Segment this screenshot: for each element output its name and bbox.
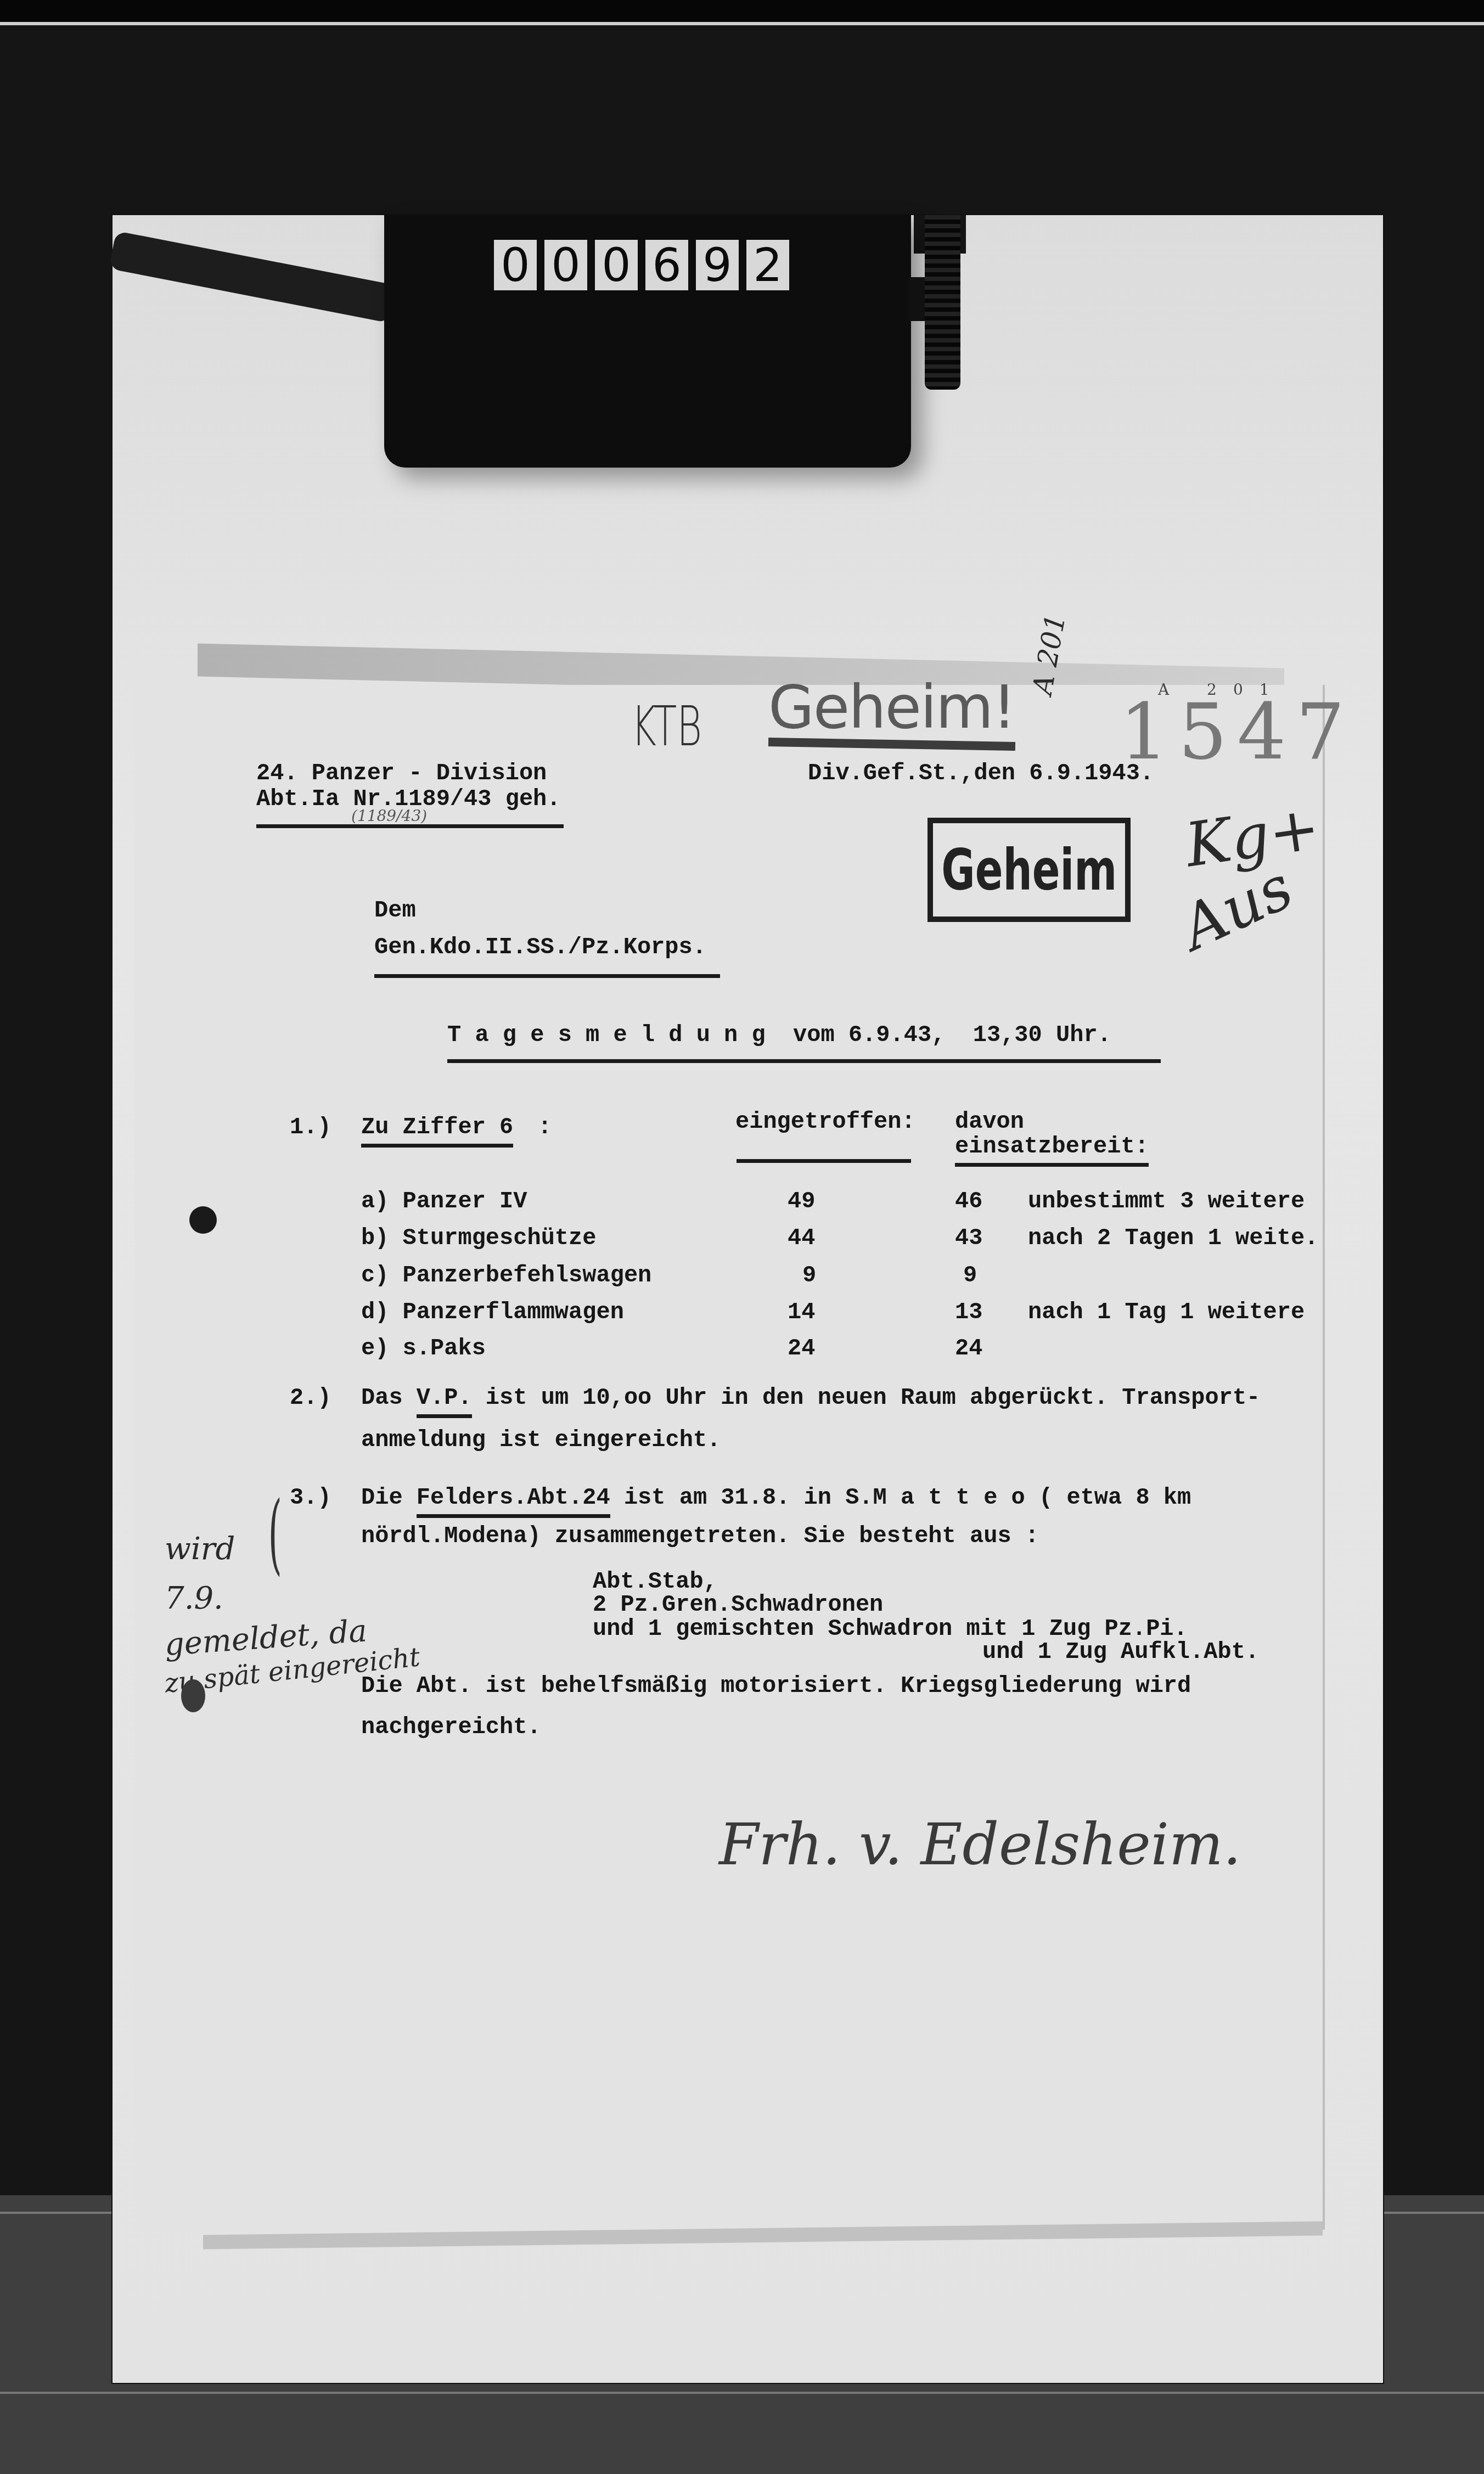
counter-digit: 9 (696, 240, 739, 290)
counter-digit: 0 (544, 240, 587, 290)
row-note: nach 1 Tag 1 weitere (1028, 1299, 1305, 1325)
section2-post: ist um 10,oo Uhr in den neuen Raum abger… (472, 1385, 1261, 1411)
margin-note-line: 7.9. (165, 1581, 223, 1616)
row-arrived: 14 (788, 1299, 815, 1325)
stamp-geheim-box: Geheim (927, 818, 1131, 922)
section1-colon: : (538, 1114, 552, 1140)
row-ready: 9 (963, 1262, 977, 1289)
col-arrived-underline (737, 1159, 911, 1163)
col-header-ready-2: einsatzbereit: (955, 1133, 1149, 1167)
section3-closing-2: nachgereicht. (361, 1714, 541, 1740)
handwritten-ref: (1189/43) (351, 807, 427, 825)
handwritten-ktb: KTB (631, 694, 702, 758)
addressee-underline (374, 974, 720, 978)
section3-post: ist am 31.8. in S.M a t t e o ( etwa 8 k… (610, 1485, 1191, 1511)
counter-digits: 0 0 0 6 9 2 (494, 240, 789, 290)
document-sheet (134, 685, 1325, 2230)
section2-underlined: V.P. (417, 1385, 472, 1418)
row-note: nach 2 Tagen 1 weite. (1028, 1225, 1318, 1251)
row-arrived: 9 (802, 1262, 816, 1289)
section1-label: Zu Ziffer 6 (361, 1114, 513, 1148)
counter-digit: 6 (645, 240, 688, 290)
section3-line2: nördl.Modena) zusammengetreten. Sie best… (361, 1523, 1039, 1549)
row-ready: 24 (955, 1335, 982, 1362)
row-item: c) Panzerbefehlswagen (361, 1262, 651, 1289)
composition-item: und 1 gemischten Schwadron mit 1 Zug Pz.… (593, 1616, 1188, 1642)
punch-hole (189, 1206, 217, 1234)
col-header-ready-1: davon (955, 1109, 1024, 1135)
margin-note-line: wird (165, 1531, 235, 1567)
section3-number: 3.) (290, 1485, 331, 1511)
row-item: b) Sturmgeschütze (361, 1225, 596, 1251)
section3-pre: Die (361, 1485, 417, 1511)
row-ready: 13 (955, 1299, 982, 1325)
row-arrived: 24 (788, 1335, 815, 1362)
report-title: T a g e s m e l d u n g vom 6.9.43, 13,3… (447, 1022, 1111, 1048)
section2-line1: Das V.P. ist um 10,oo Uhr in den neuen R… (361, 1385, 1260, 1411)
row-ready: 46 (955, 1188, 982, 1214)
row-note: unbestimmt 3 weitere (1028, 1188, 1305, 1214)
signature: Frh. v. Edelsheim. (719, 1811, 1241, 1878)
stamp-archive-number: 1547 (1120, 694, 1354, 771)
film-divider-line (0, 2392, 1484, 2394)
section2-number: 2.) (290, 1385, 331, 1411)
section2-pre: Das (361, 1385, 417, 1411)
counter-knob-icon (925, 215, 960, 390)
row-arrived: 49 (788, 1188, 815, 1214)
counter-digit: 2 (746, 240, 789, 290)
addressee-prefix: Dem (374, 897, 416, 924)
row-item: e) s.Paks (361, 1335, 486, 1362)
counter-digit: 0 (494, 240, 537, 290)
film-top-edge (0, 0, 1484, 25)
title-underline (447, 1059, 1161, 1063)
frame-counter-device: 0 0 0 6 9 2 (384, 215, 911, 468)
stamp-geheim-box-text: Geheim (941, 836, 1117, 903)
row-arrived: 44 (788, 1225, 815, 1251)
row-item: d) Panzerflammwagen (361, 1299, 624, 1325)
header-unit: 24. Panzer - Division (256, 760, 547, 786)
section1-number: 1.) (290, 1114, 331, 1140)
section3-closing-1: Die Abt. ist behelfsmäßig motorisiert. K… (361, 1673, 1191, 1699)
margin-bracket-open: ( (268, 1482, 282, 1584)
row-ready: 43 (955, 1225, 982, 1251)
addressee-name: Gen.Kdo.II.SS./Pz.Korps. (374, 934, 706, 960)
col-header-arrived: eingetroffen: (735, 1109, 915, 1135)
section3-underlined: Felders.Abt.24 (417, 1485, 610, 1518)
ink-blot (181, 1679, 205, 1712)
row-item: a) Panzer IV (361, 1188, 527, 1214)
header-underline (256, 824, 564, 828)
section2-line2: anmeldung ist eingereicht. (361, 1427, 721, 1453)
composition-item: 2 Pz.Gren.Schwadronen (593, 1592, 883, 1618)
composition-item: Abt.Stab, (593, 1568, 717, 1595)
composition-item-cont: und 1 Zug Aufkl.Abt. (982, 1639, 1259, 1665)
header-place-date: Div.Gef.St.,den 6.9.1943. (808, 760, 1154, 786)
counter-digit: 0 (595, 240, 638, 290)
section3-line1: Die Felders.Abt.24 ist am 31.8. in S.M a… (361, 1485, 1191, 1511)
stamp-geheim-top: Geheim! (768, 681, 1015, 735)
